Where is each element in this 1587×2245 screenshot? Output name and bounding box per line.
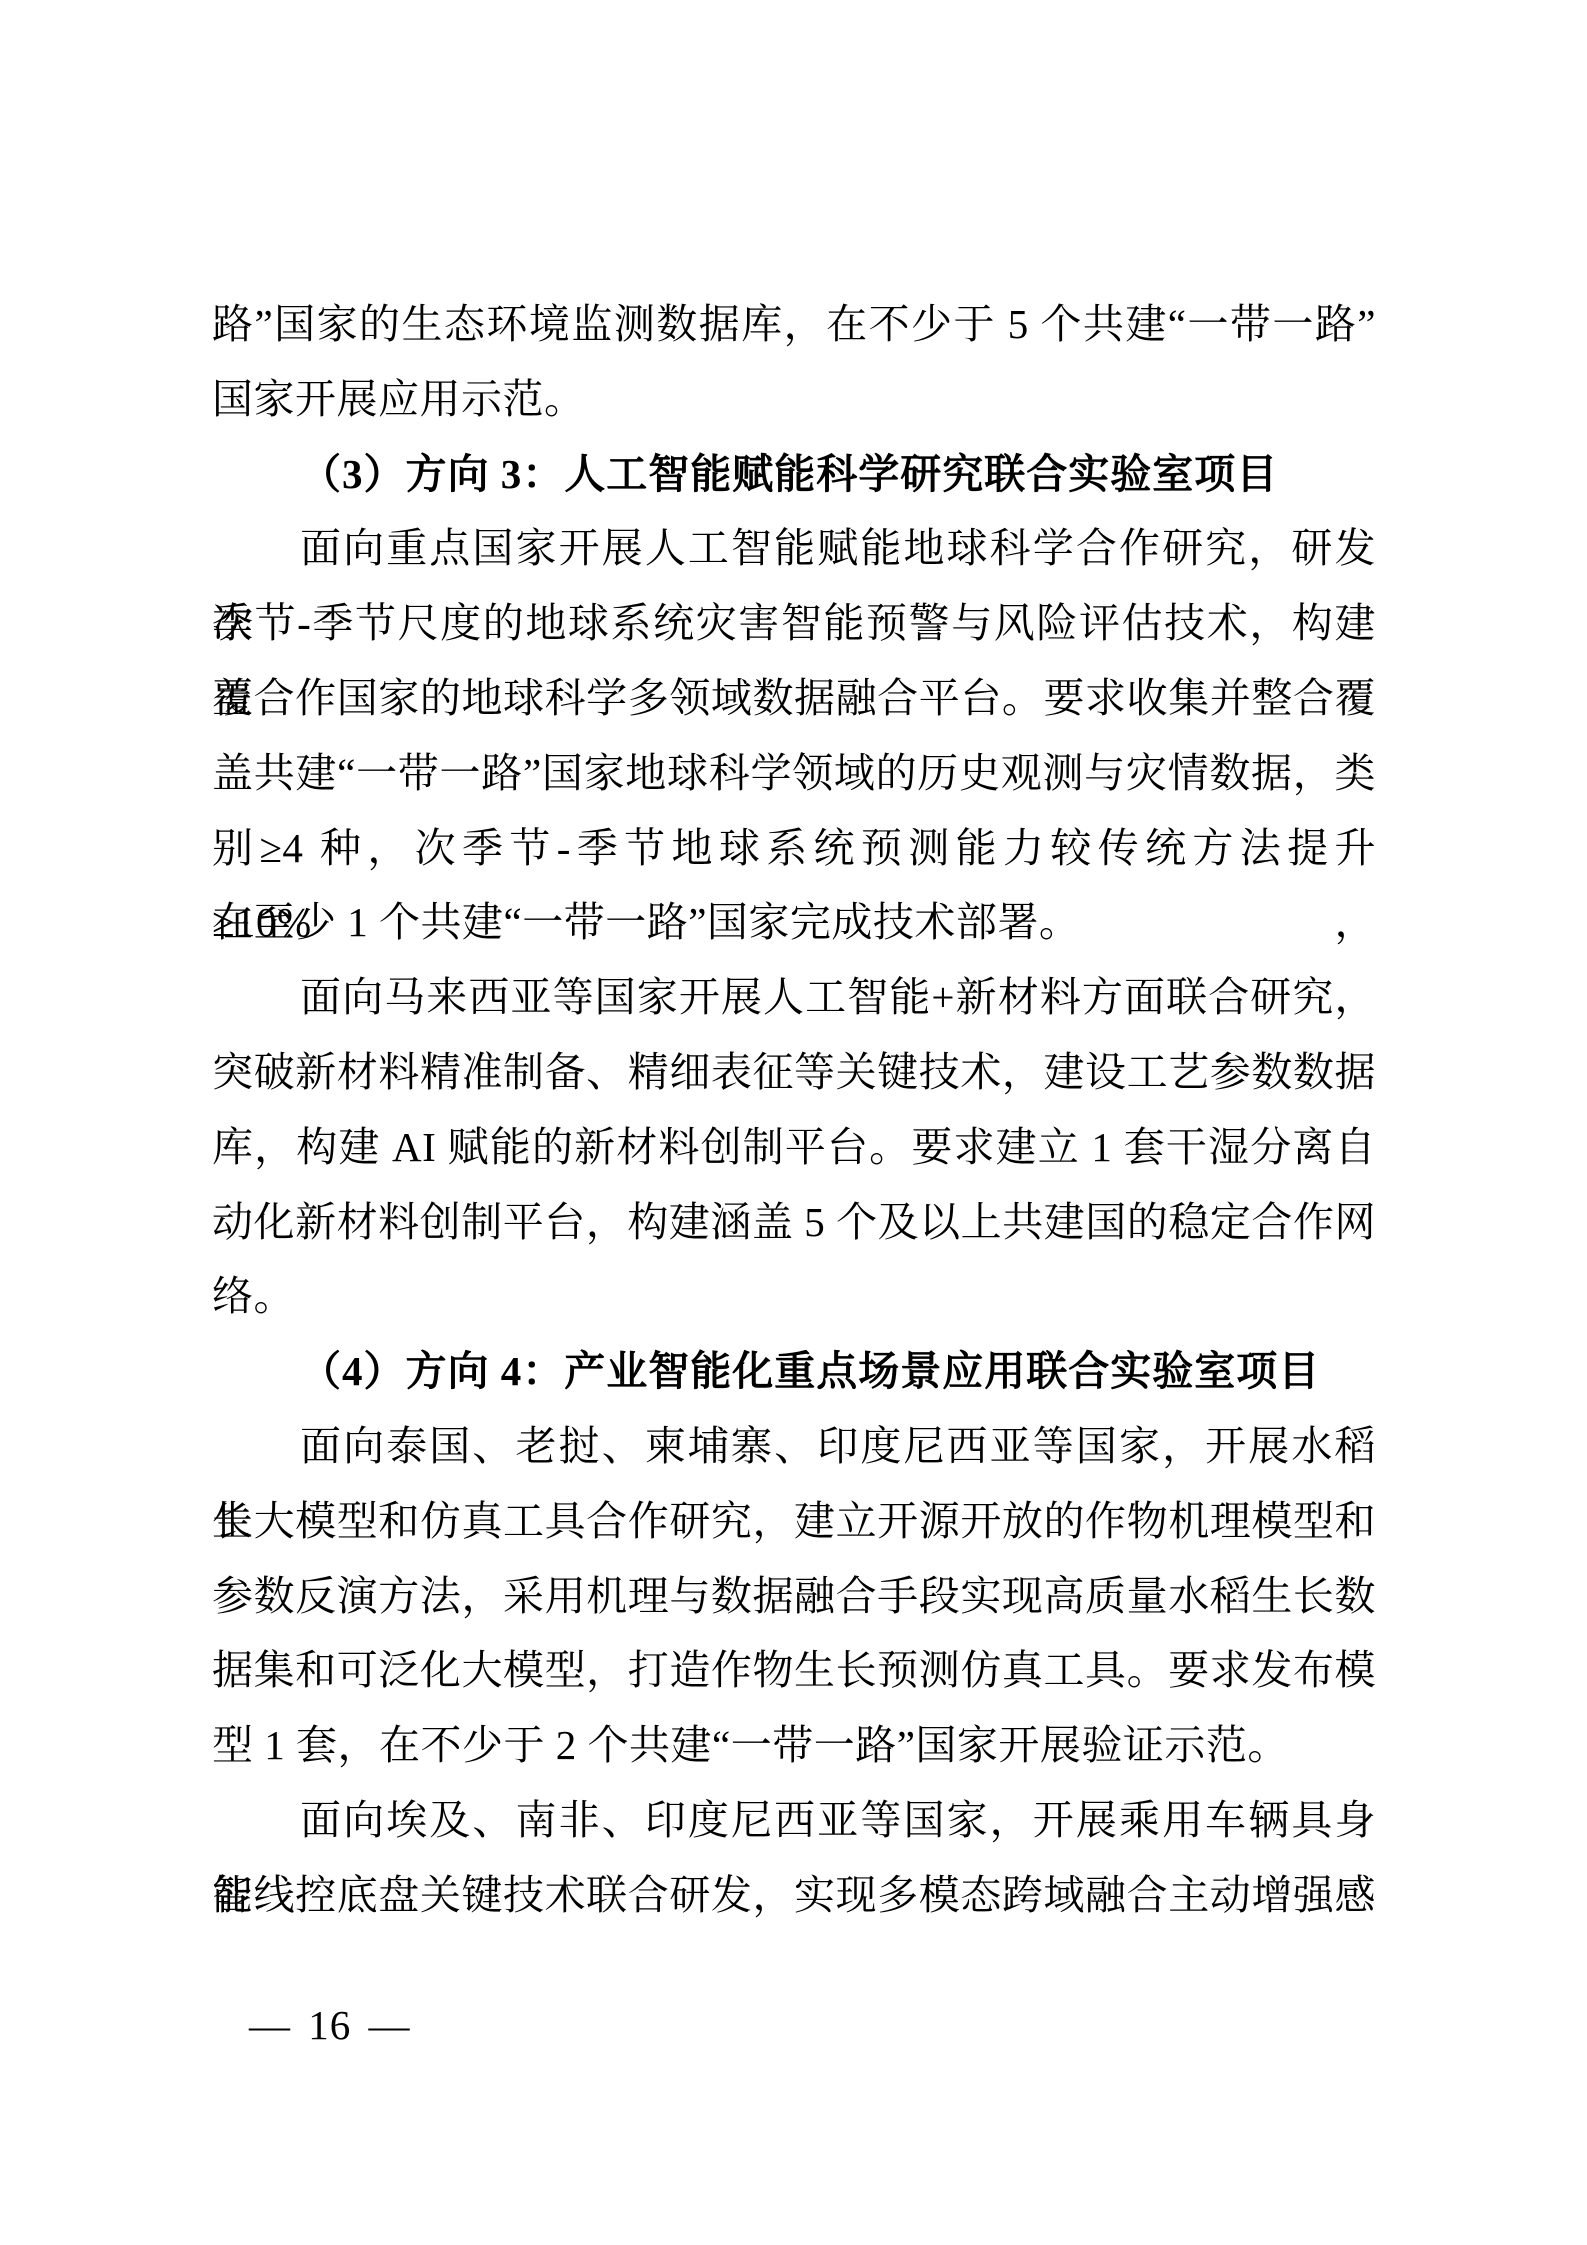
body-line: 据集和可泛化大模型，打造作物生长预测仿真工具。要求发布模 <box>212 1633 1376 1708</box>
body-line: 面向泰国、老挝、柬埔寨、印度尼西亚等国家，开展水稻生 <box>212 1409 1376 1484</box>
document-page: 路”国家的生态环境监测数据库，在不少于 5 个共建“一带一路” 国家开展应用示范… <box>0 0 1587 2245</box>
body-line: 盖合作国家的地球科学多领域数据融合平台。要求收集并整合覆 <box>212 661 1376 736</box>
body-line: 动化新材料创制平台，构建涵盖 5 个及以上共建国的稳定合作网 <box>212 1185 1376 1260</box>
main-text-block: 路”国家的生态环境监测数据库，在不少于 5 个共建“一带一路” 国家开展应用示范… <box>212 287 1376 1933</box>
body-line: 型 1 套，在不少于 2 个共建“一带一路”国家开展验证示范。 <box>212 1708 1376 1783</box>
body-line: 参数反演方法，采用机理与数据融合手段实现高质量水稻生长数 <box>212 1559 1376 1634</box>
body-line: 面向马来西亚等国家开展人工智能+新材料方面联合研究， <box>212 960 1376 1035</box>
body-line: 季节-季节尺度的地球系统灾害智能预警与风险评估技术，构建覆 <box>212 586 1376 661</box>
page-number-footer: — 16 — <box>249 2003 411 2047</box>
heading-direction-4: （4）方向 4：产业智能化重点场景应用联合实验室项目 <box>212 1334 1376 1409</box>
body-line: 库，构建 AI 赋能的新材料创制平台。要求建立 1 套干湿分离自 <box>212 1110 1376 1185</box>
body-line: 面向埃及、南非、印度尼西亚等国家，开展乘用车辆具身智 <box>212 1783 1376 1858</box>
body-line: 能线控底盘关键技术联合研发，实现多模态跨域融合主动增强感 <box>212 1858 1376 1933</box>
body-line: 盖共建“一带一路”国家地球科学领域的历史观测与灾情数据，类 <box>212 736 1376 811</box>
body-line: 国家开展应用示范。 <box>212 362 1376 437</box>
body-line: 络。 <box>212 1259 1376 1334</box>
heading-direction-3: （3）方向 3：人工智能赋能科学研究联合实验室项目 <box>212 437 1376 512</box>
body-line: 面向重点国家开展人工智能赋能地球科学合作研究，研发次 <box>212 511 1376 586</box>
body-line: 突破新材料精准制备、精细表征等关键技术，建设工艺参数数据 <box>212 1035 1376 1110</box>
body-line: 别≥4 种，次季节-季节地球系统预测能力较传统方法提升≥10%， <box>212 811 1376 886</box>
body-line: 长大模型和仿真工具合作研究，建立开源开放的作物机理模型和 <box>212 1484 1376 1559</box>
body-line: 路”国家的生态环境监测数据库，在不少于 5 个共建“一带一路” <box>212 287 1376 362</box>
